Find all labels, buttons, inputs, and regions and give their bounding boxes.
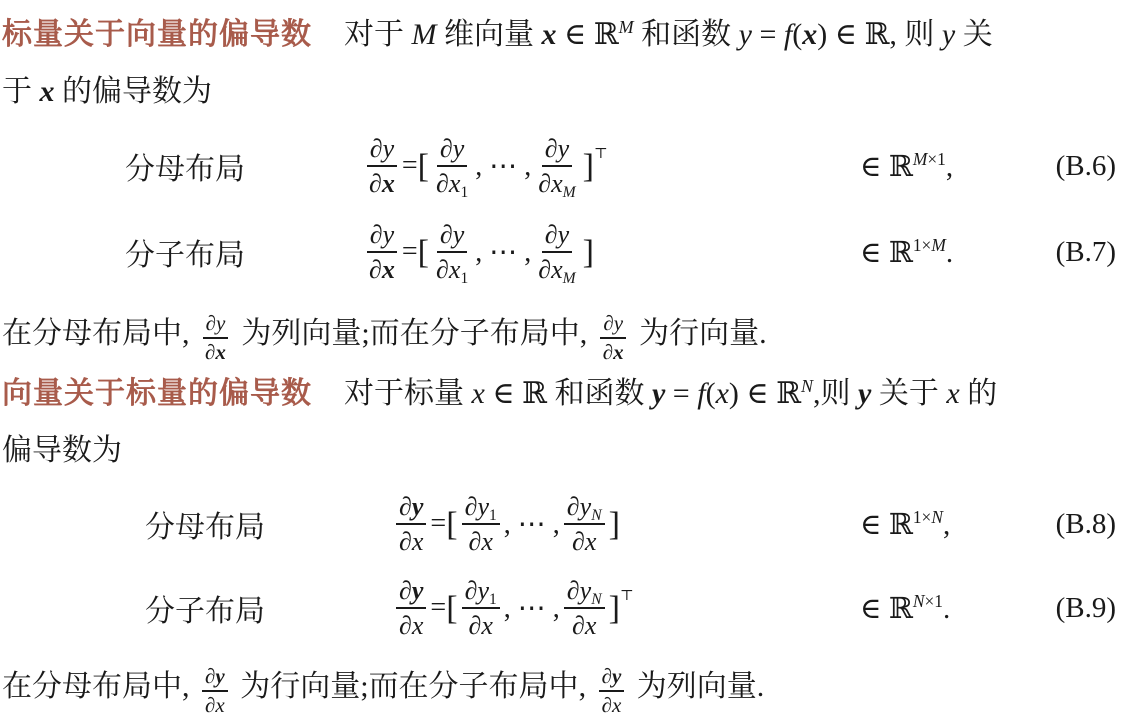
equation-group-scalar-wrt-vector: 分母布局 ∂y∂x = [∂y∂x1, ⋯ , ∂y∂xM]⊤ ∈ ℝM×1, …	[2, 123, 1130, 295]
fraction: ∂yN∂x	[564, 576, 605, 640]
equation-row-b6: 分母布局 ∂y∂x = [∂y∂x1, ⋯ , ∂y∂xM]⊤ ∈ ℝM×1, …	[2, 123, 1130, 209]
equation-membership-b6: ∈ ℝM×1,	[860, 149, 1052, 184]
fraction: ∂y∂xM	[535, 134, 578, 198]
fraction: ∂y∂x	[366, 220, 398, 284]
equation-group-vector-wrt-scalar: 分母布局 ∂y∂x = [∂y1∂x, ⋯ , ∂yN∂x] ∈ ℝ1×N, (…	[2, 482, 1130, 650]
paragraph-vector-wrt-scalar: 向量关于标量的偏导数对于标量 x ∈ ℝ 和函数 y = f(x) ∈ ℝN,则…	[2, 367, 1130, 478]
equation-membership-b9: ∈ ℝN×1.	[860, 591, 1052, 626]
equation-formula-b8: ∂y∂x = [∂y1∂x, ⋯ , ∂yN∂x]	[392, 492, 860, 556]
equation-row-b7: 分子布局 ∂y∂x = [∂y∂x1, ⋯ , ∂y∂xM] ∈ ℝ1×M. (…	[2, 209, 1130, 295]
equation-membership-b8: ∈ ℝ1×N,	[860, 507, 1052, 542]
fraction: ∂y∂x	[600, 312, 627, 365]
fraction: ∂y∂x	[396, 492, 426, 556]
equation-formula-b7: ∂y∂x = [∂y∂x1, ⋯ , ∂y∂xM]	[362, 220, 860, 284]
equation-label-denominator-layout: 分母布局	[145, 502, 392, 546]
fraction: ∂y∂x	[396, 576, 426, 640]
equation-number-b8: (B.8)	[1056, 508, 1130, 541]
equation-membership-b7: ∈ ℝ1×M.	[860, 235, 1052, 270]
equation-formula-b6: ∂y∂x = [∂y∂x1, ⋯ , ∂y∂xM]⊤	[362, 134, 860, 198]
paragraph-scalar-wrt-vector: 标量关于向量的偏导数对于 M 维向量 x ∈ ℝM 和函数 y = f(x) ∈…	[2, 8, 1130, 119]
text-line-2: 于 x 的偏导数为	[2, 65, 1130, 119]
equation-label-numerator-layout: 分子布局	[145, 586, 392, 630]
equation-number-b6: (B.6)	[1056, 150, 1130, 183]
fraction: ∂yN∂x	[564, 492, 605, 556]
paragraph-layout-note-2: 在分母布局中, ∂y∂x 为行向量;而在分子布局中, ∂y∂x 为列向量.	[2, 656, 1130, 718]
equation-number-b9: (B.9)	[1056, 592, 1130, 625]
equation-formula-b9: ∂y∂x = [∂y1∂x, ⋯ , ∂yN∂x]⊤	[392, 576, 860, 640]
fraction: ∂y∂x	[202, 312, 229, 365]
fraction: ∂y1∂x	[462, 576, 500, 640]
equation-row-b9: 分子布局 ∂y∂x = [∂y1∂x, ⋯ , ∂yN∂x]⊤ ∈ ℝN×1. …	[2, 566, 1130, 650]
fraction: ∂y∂x1	[433, 220, 471, 284]
equation-row-b8: 分母布局 ∂y∂x = [∂y1∂x, ⋯ , ∂yN∂x] ∈ ℝ1×N, (…	[2, 482, 1130, 566]
equation-label-denominator-layout: 分母布局	[125, 144, 362, 188]
paragraph-layout-note-1: 在分母布局中, ∂y∂x 为列向量;而在分子布局中, ∂y∂x 为行向量.	[2, 303, 1130, 365]
fraction: ∂y1∂x	[462, 492, 500, 556]
fraction: ∂y∂xM	[535, 220, 578, 284]
fraction: ∂y∂x	[366, 134, 398, 198]
text-line-1: 标量关于向量的偏导数对于 M 维向量 x ∈ ℝM 和函数 y = f(x) ∈…	[2, 8, 1130, 65]
equation-number-b7: (B.7)	[1056, 236, 1130, 269]
text-line-1: 向量关于标量的偏导数对于标量 x ∈ ℝ 和函数 y = f(x) ∈ ℝN,则…	[2, 367, 1130, 424]
fraction: ∂y∂x	[599, 665, 625, 718]
fraction: ∂y∂x	[202, 665, 228, 718]
text-line-2: 偏导数为	[2, 424, 1130, 478]
equation-label-numerator-layout: 分子布局	[125, 230, 362, 274]
textbook-page: 标量关于向量的偏导数对于 M 维向量 x ∈ ℝM 和函数 y = f(x) ∈…	[0, 0, 1144, 724]
fraction: ∂y∂x1	[433, 134, 471, 198]
